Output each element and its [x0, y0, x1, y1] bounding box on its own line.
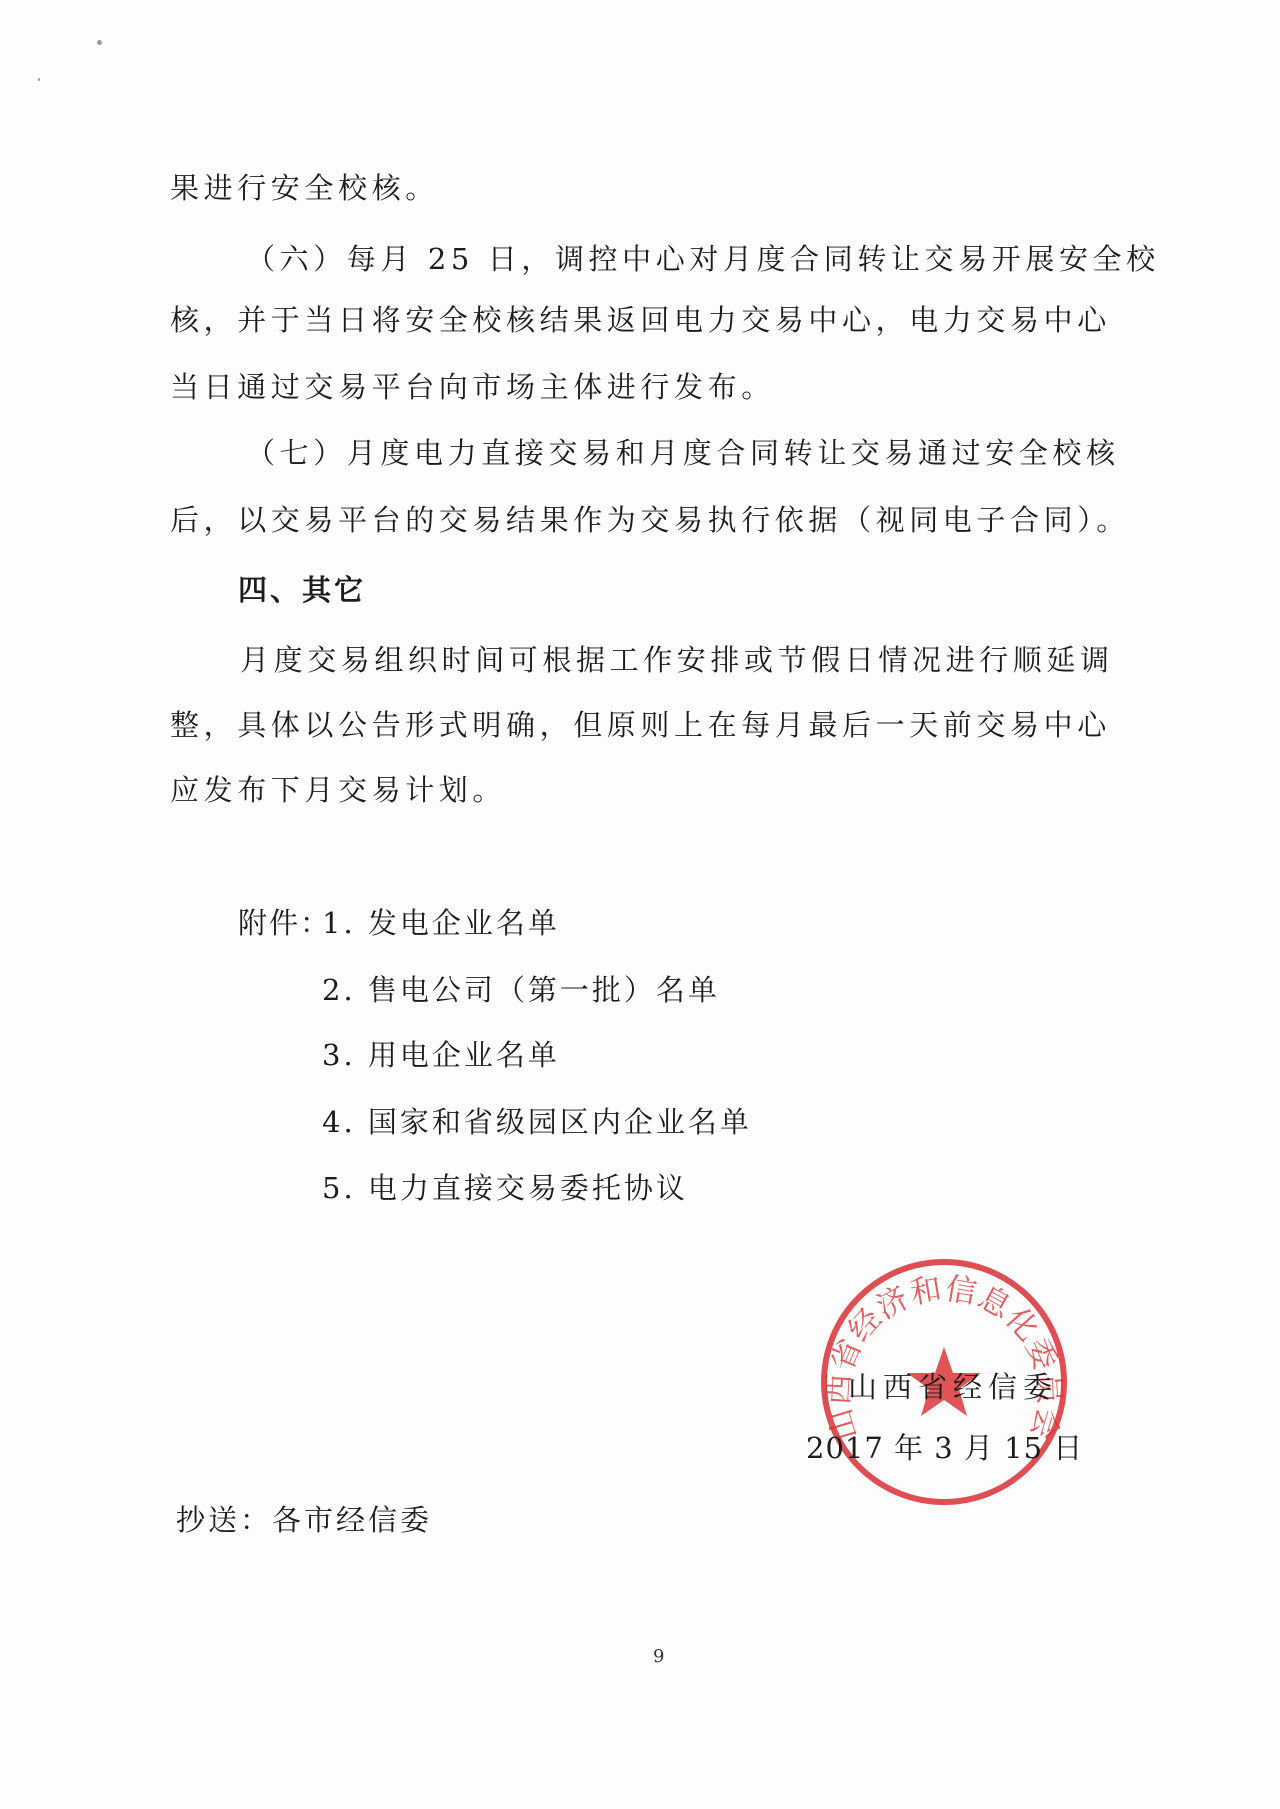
cc-line: 抄送：各市经信委	[176, 1500, 432, 1540]
body-line: 后，以交易平台的交易结果作为交易执行依据（视同电子合同）。	[170, 500, 1130, 540]
issuer-name: 山西省经信委	[848, 1367, 1058, 1407]
attachment-item: 5. 电力直接交易委托协议	[322, 1168, 688, 1208]
attachment-item: 1. 发电企业名单	[322, 903, 560, 943]
page-number: 9	[653, 1647, 664, 1667]
body-line: 整，具体以公告形式明确，但原则上在每月最后一天前交易中心	[170, 705, 1111, 745]
body-line: 果进行安全校核。	[170, 168, 439, 208]
document-page: 果进行安全校核。 （六）每月 25 日，调控中心对月度合同转让交易开展安全校 核…	[0, 0, 1280, 1809]
body-line: 月度交易组织时间可根据工作安排或节假日情况进行顺延调	[240, 640, 1114, 680]
body-line: 核，并于当日将安全校核结果返回电力交易中心，电力交易中心	[170, 300, 1111, 340]
attachment-item: 2. 售电公司（第一批）名单	[322, 970, 720, 1010]
body-line: （七）月度电力直接交易和月度合同转让交易通过安全校核	[246, 433, 1120, 473]
section-heading: 四、其它	[238, 570, 366, 610]
body-line: （六）每月 25 日，调控中心对月度合同转让交易开展安全校	[246, 239, 1160, 279]
attachment-item: 3. 用电企业名单	[322, 1035, 560, 1075]
scan-speck	[97, 40, 102, 45]
body-line: 当日通过交易平台向市场主体进行发布。	[170, 367, 775, 407]
scan-speck	[38, 78, 40, 81]
attachment-item: 4. 国家和省级园区内企业名单	[322, 1102, 752, 1142]
attachments-label: 附件：	[238, 903, 331, 943]
body-line: 应发布下月交易计划。	[170, 770, 506, 810]
issue-date: 2017 年 3 月 15 日	[806, 1428, 1083, 1468]
